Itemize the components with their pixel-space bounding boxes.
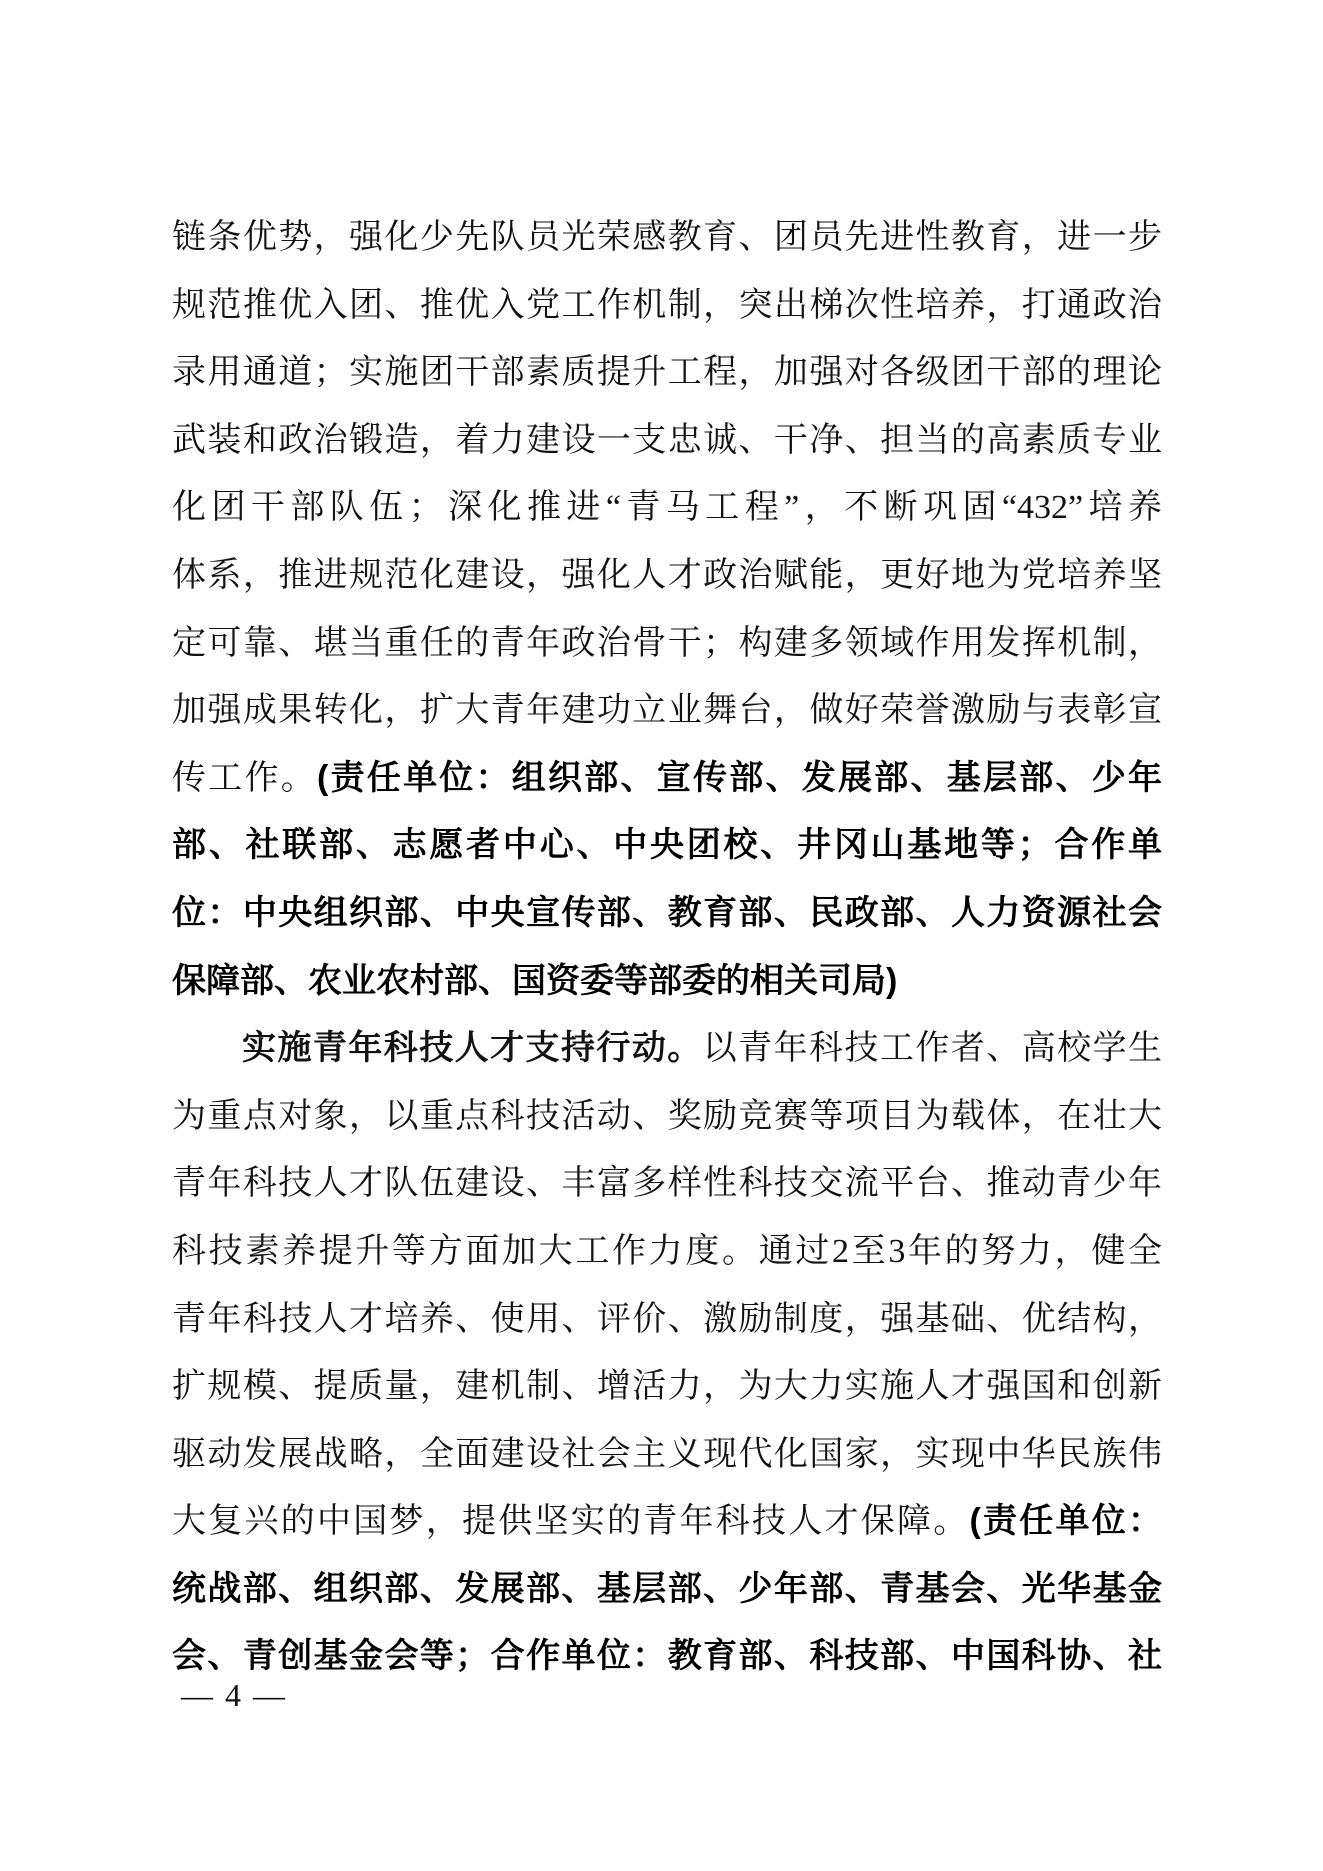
document-page: 链条优势，强化少先队员光荣感教育、团员先进性教育，进一步规范推优入团、推优入党工… (0, 0, 1323, 1871)
text-segment-regular: 以青年科技工作者、高校学生 (703, 1030, 1162, 1067)
text-segment-bold-lead: 实施青年科技人才支持行动。 (242, 1030, 703, 1067)
text-line: 体系，推进规范化建设，强化人才政治赋能，更好地为党培养坚 (172, 542, 1162, 610)
text-line: 扩规模、提质量，建机制、增活力，为大力实施人才强国和创新 (172, 1353, 1162, 1421)
text-line: 规范推优入团、推优入党工作机制，突出梯次性培养，打通政治 (172, 272, 1162, 340)
text-line: 定可靠、堪当重任的青年政治骨干；构建多领域作用发挥机制， (172, 610, 1162, 678)
text-line: 驱动发展战略，全面建设社会主义现代化国家，实现中华民族伟 (172, 1421, 1162, 1489)
text-segment-regular: 录用通道；实施团干部素质提升工程，加强对各级团干部的理论 (172, 354, 1162, 391)
text-line: 青年科技人才培养、使用、评价、激励制度，强基础、优结构， (172, 1286, 1162, 1354)
text-line: 实施青年科技人才支持行动。以青年科技工作者、高校学生 (172, 1015, 1162, 1083)
text-segment-bold-hei: 统战部、组织部、发展部、基层部、少年部、青基会、光华基金 (172, 1570, 1162, 1608)
text-segment-regular: 驱动发展战略，全面建设社会主义现代化国家，实现中华民族伟 (172, 1436, 1162, 1473)
text-segment-regular: 扩规模、提质量，建机制、增活力，为大力实施人才强国和创新 (172, 1368, 1162, 1405)
page-number: — 4 — (181, 1678, 287, 1712)
text-segment-regular: 武装和政治锻造，着力建设一支忠诚、干净、担当的高素质专业 (172, 422, 1162, 459)
text-segment-bold-hei: 部、社联部、志愿者中心、中央团校、井冈山基地等；合作单 (172, 826, 1162, 864)
text-line: 录用通道；实施团干部素质提升工程，加强对各级团干部的理论 (172, 339, 1162, 407)
text-line: 统战部、组织部、发展部、基层部、少年部、青基会、光华基金 (172, 1556, 1162, 1624)
text-segment-regular: 青年科技人才培养、使用、评价、激励制度，强基础、优结构， (172, 1301, 1162, 1338)
text-segment-regular: 体系，推进规范化建设，强化人才政治赋能，更好地为党培养坚 (172, 557, 1162, 594)
document-body: 链条优势，强化少先队员光荣感教育、团员先进性教育，进一步规范推优入团、推优入党工… (172, 204, 1162, 1691)
text-segment-regular: 大复兴的中国梦，提供坚实的青年科技人才保障。 (172, 1503, 969, 1540)
text-segment-regular: 加强成果转化，扩大青年建功立业舞台，做好荣誉激励与表彰宣 (172, 692, 1162, 729)
text-line: 保障部、农业农村部、国资委等部委的相关司局) (172, 948, 1162, 1016)
text-segment-regular: 为重点对象，以重点科技活动、奖励竞赛等项目为载体，在壮大 (172, 1098, 1162, 1135)
text-line: 传工作。(责任单位：组织部、宣传部、发展部、基层部、少年 (172, 745, 1162, 813)
text-segment-regular: 青年科技人才队伍建设、丰富多样性科技交流平台、推动青少年 (172, 1165, 1162, 1202)
text-segment-regular: 规范推优入团、推优入党工作机制，突出梯次性培养，打通政治 (172, 287, 1162, 324)
text-segment-regular: 链条优势，强化少先队员光荣感教育、团员先进性教育，进一步 (172, 219, 1162, 256)
text-segment-bold-hei: (责任单位： (969, 1502, 1162, 1540)
text-line: 为重点对象，以重点科技活动、奖励竞赛等项目为载体，在壮大 (172, 1083, 1162, 1151)
text-line: 科技素养提升等方面加大工作力度。通过2至3年的努力，健全 (172, 1218, 1162, 1286)
text-line: 大复兴的中国梦，提供坚实的青年科技人才保障。(责任单位： (172, 1488, 1162, 1556)
text-segment-regular: 化团干部队伍；深化推进“青马工程”，不断巩固“432”培养 (172, 489, 1162, 526)
text-segment-regular: 传工作。 (172, 760, 317, 797)
text-line: 部、社联部、志愿者中心、中央团校、井冈山基地等；合作单 (172, 812, 1162, 880)
text-line: 化团干部队伍；深化推进“青马工程”，不断巩固“432”培养 (172, 474, 1162, 542)
text-segment-bold-hei: 位：中央组织部、中央宣传部、教育部、民政部、人力资源社会 (172, 894, 1162, 932)
text-segment-bold-hei: 保障部、农业农村部、国资委等部委的相关司局) (172, 962, 897, 1000)
text-line: 加强成果转化，扩大青年建功立业舞台，做好荣誉激励与表彰宣 (172, 677, 1162, 745)
text-segment-bold-hei: 会、青创基金会等；合作单位：教育部、科技部、中国科协、社 (172, 1637, 1162, 1675)
text-segment-regular: 定可靠、堪当重任的青年政治骨干；构建多领域作用发挥机制， (172, 625, 1162, 662)
text-line: 链条优势，强化少先队员光荣感教育、团员先进性教育，进一步 (172, 204, 1162, 272)
text-line: 位：中央组织部、中央宣传部、教育部、民政部、人力资源社会 (172, 880, 1162, 948)
text-segment-bold-hei: (责任单位：组织部、宣传部、发展部、基层部、少年 (317, 759, 1162, 797)
text-segment-regular: 科技素养提升等方面加大工作力度。通过2至3年的努力，健全 (172, 1233, 1162, 1270)
text-line: 武装和政治锻造，着力建设一支忠诚、干净、担当的高素质专业 (172, 407, 1162, 475)
text-line: 青年科技人才队伍建设、丰富多样性科技交流平台、推动青少年 (172, 1150, 1162, 1218)
text-line: 会、青创基金会等；合作单位：教育部、科技部、中国科协、社 (172, 1623, 1162, 1691)
